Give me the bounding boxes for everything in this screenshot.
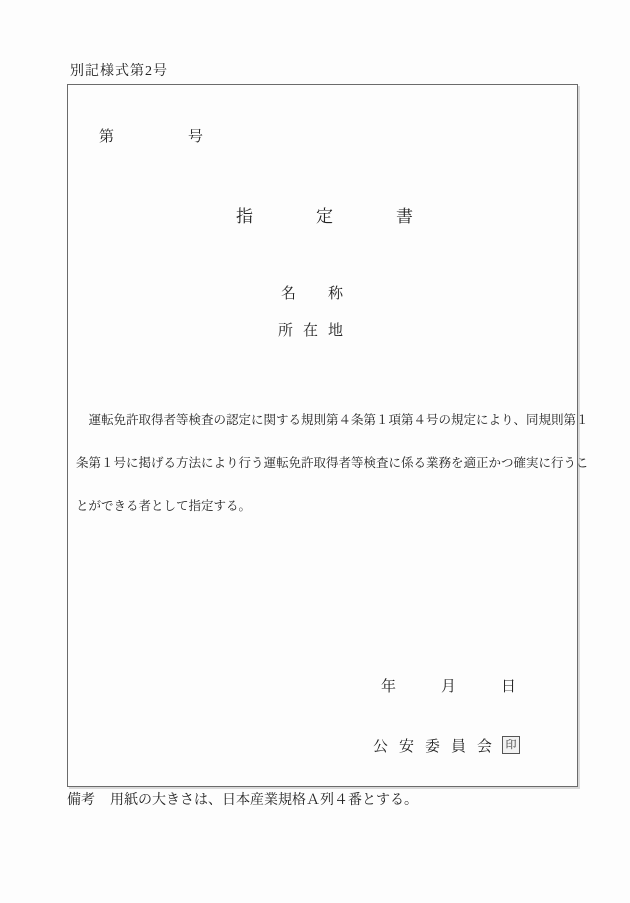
body-line-2: 条第１号に掲げる方法により行う運転免許取得者等検査に係る業務を適正かつ確実に行う… (76, 442, 572, 485)
remarks-text: 用紙の大きさは、日本産業規格Ａ列４番とする。 (110, 793, 418, 808)
date-year-label: 年 (381, 675, 396, 696)
remarks-label: 備考 (67, 793, 95, 808)
body-line-3: とができる者として指定する。 (76, 485, 572, 528)
body-line-1: 運転免許取得者等検査の認定に関する規則第４条第１項第４号の規定により、同規則第１ (76, 399, 572, 442)
date-day-label: 日 (501, 675, 516, 696)
certificate-number-suffix: 号 (188, 125, 203, 146)
document-frame: 第 号 指定書 名称 所在地 運転免許取得者等検査の認定に関する規則第４条第１項… (67, 84, 578, 787)
remarks-line: 備考用紙の大きさは、日本産業規格Ａ列４番とする。 (67, 789, 418, 809)
body-paragraph: 運転免許取得者等検査の認定に関する規則第４条第１項第４号の規定により、同規則第１… (76, 399, 572, 528)
form-number-label: 別記様式第2号 (70, 60, 168, 80)
document-page: 別記様式第2号 第 号 指定書 名称 所在地 運転免許取得者等検査の認定に関する… (0, 0, 630, 903)
date-month-label: 月 (441, 675, 456, 696)
document-title: 指定書 (236, 202, 476, 227)
location-field-label: 所在地 (278, 319, 353, 340)
name-field-label: 名称 (281, 282, 375, 303)
certificate-number-prefix: 第 (99, 125, 114, 146)
issuing-authority-label: 公安委員会 (373, 735, 503, 756)
official-seal-placeholder: 印 (502, 736, 520, 754)
